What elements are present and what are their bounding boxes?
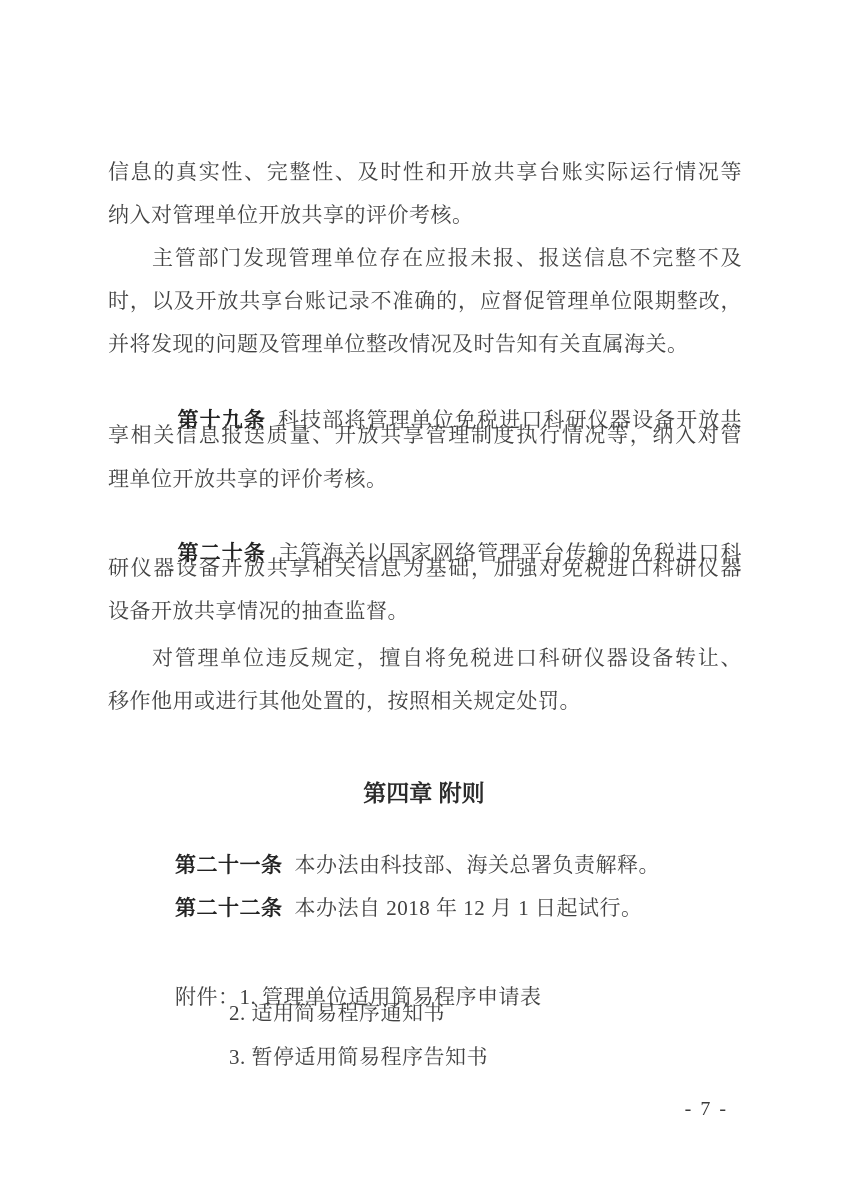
body-text-line: 并将发现的问题及管理单位整改情况及时告知有关直属海关。 xyxy=(108,330,742,358)
page-number: - 7 - xyxy=(108,1098,728,1121)
article-22-term: 第二十二条 xyxy=(175,897,283,920)
body-text-line: 对管理单位违反规定，擅自将免税进口科研仪器设备转让、 xyxy=(108,644,742,672)
body-text-line: 理单位开放共享的评价考核。 xyxy=(108,465,742,493)
body-text-line: 移作他用或进行其他处置的，按照相关规定处罚。 xyxy=(108,687,742,715)
body-text-line: 时，以及开放共享台账记录不准确的，应督促管理单位限期整改， xyxy=(108,287,742,315)
document-page: 信息的真实性、完整性、及时性和开放共享台账实际运行情况等 纳入对管理单位开放共享… xyxy=(0,0,848,1200)
attachment-list-line: 3. 暂停适用简易程序告知书 xyxy=(108,1043,742,1071)
body-text-line: 纳入对管理单位开放共享的评价考核。 xyxy=(108,201,742,229)
body-text-line: 设备开放共享情况的抽查监督。 xyxy=(108,597,742,625)
chapter-heading: 第四章 附则 xyxy=(0,778,848,808)
article-22-text: 本办法自 2018 年 12 月 1 日起试行。 xyxy=(295,896,643,920)
body-text-line: 研仪器设备开放共享相关信息为基础，加强对免税进口科研仪器 xyxy=(108,554,742,582)
body-text-line: 信息的真实性、完整性、及时性和开放共享台账实际运行情况等 xyxy=(108,158,742,186)
body-text-line: 享相关信息报送质量、开放共享管理制度执行情况等，纳入对管 xyxy=(108,421,742,449)
body-text-line: 主管部门发现管理单位存在应报未报、报送信息不完整不及 xyxy=(108,244,742,272)
attachment-list-line: 2. 适用简易程序通知书 xyxy=(108,999,742,1027)
article-22-line: 第二十二条本办法自 2018 年 12 月 1 日起试行。 xyxy=(108,866,742,951)
